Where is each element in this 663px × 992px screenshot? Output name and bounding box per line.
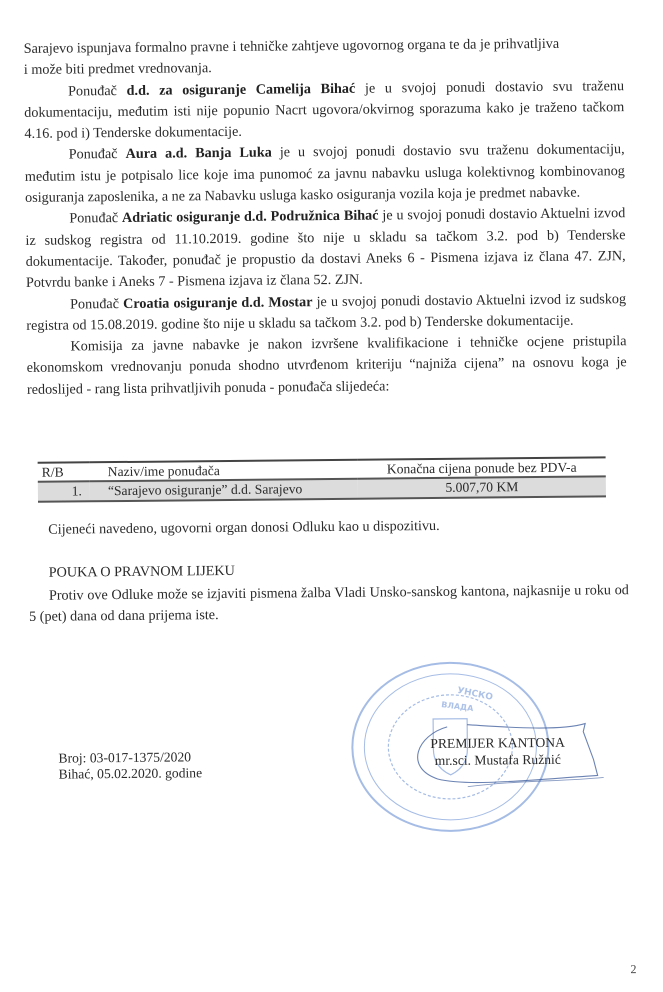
place-and-date: Bihać, 05.02.2020. godine xyxy=(59,765,203,782)
bidder-name: Croatia osiguranje d.d. Mostar xyxy=(123,294,313,312)
ranking-table: R/B Naziv/ime ponuđača Konačna cijena po… xyxy=(38,456,606,502)
document-page: Sarajevo ispunjava formalno pravne i teh… xyxy=(0,0,663,992)
bidder-name: Aura a.d. Banja Luka xyxy=(125,145,271,162)
legal-remedy-title: POUKA O PRAVNOM LIJEKU xyxy=(49,563,235,582)
cell-final-price: 5.007,70 KM xyxy=(358,476,606,498)
reference-number: Broj: 03-017-1375/2020 xyxy=(58,749,202,766)
body-text: Sarajevo ispunjava formalno pravne i teh… xyxy=(24,33,627,401)
paragraph-commission: Komisija za javne nabavke je nakon izvrš… xyxy=(26,331,627,401)
signatory-title: PREMIJER KANTONA xyxy=(430,734,565,752)
header-bidder-name: Naziv/ime ponuđača xyxy=(90,460,358,482)
bidder-name: d.d. za osiguranje Camelija Bihać xyxy=(127,80,356,98)
cell-bidder-name: “Sarajevo osiguranje” d.d. Sarajevo xyxy=(90,479,358,502)
table-row: 1. “Sarajevo osiguranje” d.d. Sarajevo 5… xyxy=(38,476,606,501)
page-number: 2 xyxy=(630,962,636,977)
svg-text:ВЛАДА: ВЛАДА xyxy=(441,700,475,713)
header-final-price: Konačna cijena ponude bez PDV-a xyxy=(358,457,606,478)
signatory-block: PREMIJER KANTONA mr.sci. Mustafa Ružnić xyxy=(430,734,565,769)
reference-block: Broj: 03-017-1375/2020 Bihać, 05.02.2020… xyxy=(58,749,202,782)
paragraph-aura: Ponuđač Aura a.d. Banja Luka je u svojoj… xyxy=(25,140,626,210)
paragraph-adriatic: Ponuđač Adriatic osiguranje d.d. Podružn… xyxy=(25,204,626,295)
svg-text:УНСКО: УНСКО xyxy=(456,686,494,703)
paragraph-croatia: Ponuđač Croatia osiguranje d.d. Mostar j… xyxy=(26,289,626,337)
cell-rb: 1. xyxy=(38,481,90,501)
header-rb: R/B xyxy=(38,462,90,481)
bidder-name: Adriatic osiguranje d.d. Podružnica Biha… xyxy=(122,208,379,226)
signatory-name: mr.sci. Mustafa Ružnić xyxy=(430,751,565,769)
paragraph-camelija: Ponuđač d.d. za osiguranje Camelija Biha… xyxy=(24,76,625,146)
conclusion-text: Cijeneći navedeno, ugovorni organ donosi… xyxy=(48,518,440,539)
legal-remedy-text: Protiv ove Odluke može se izjaviti pisme… xyxy=(29,580,629,628)
